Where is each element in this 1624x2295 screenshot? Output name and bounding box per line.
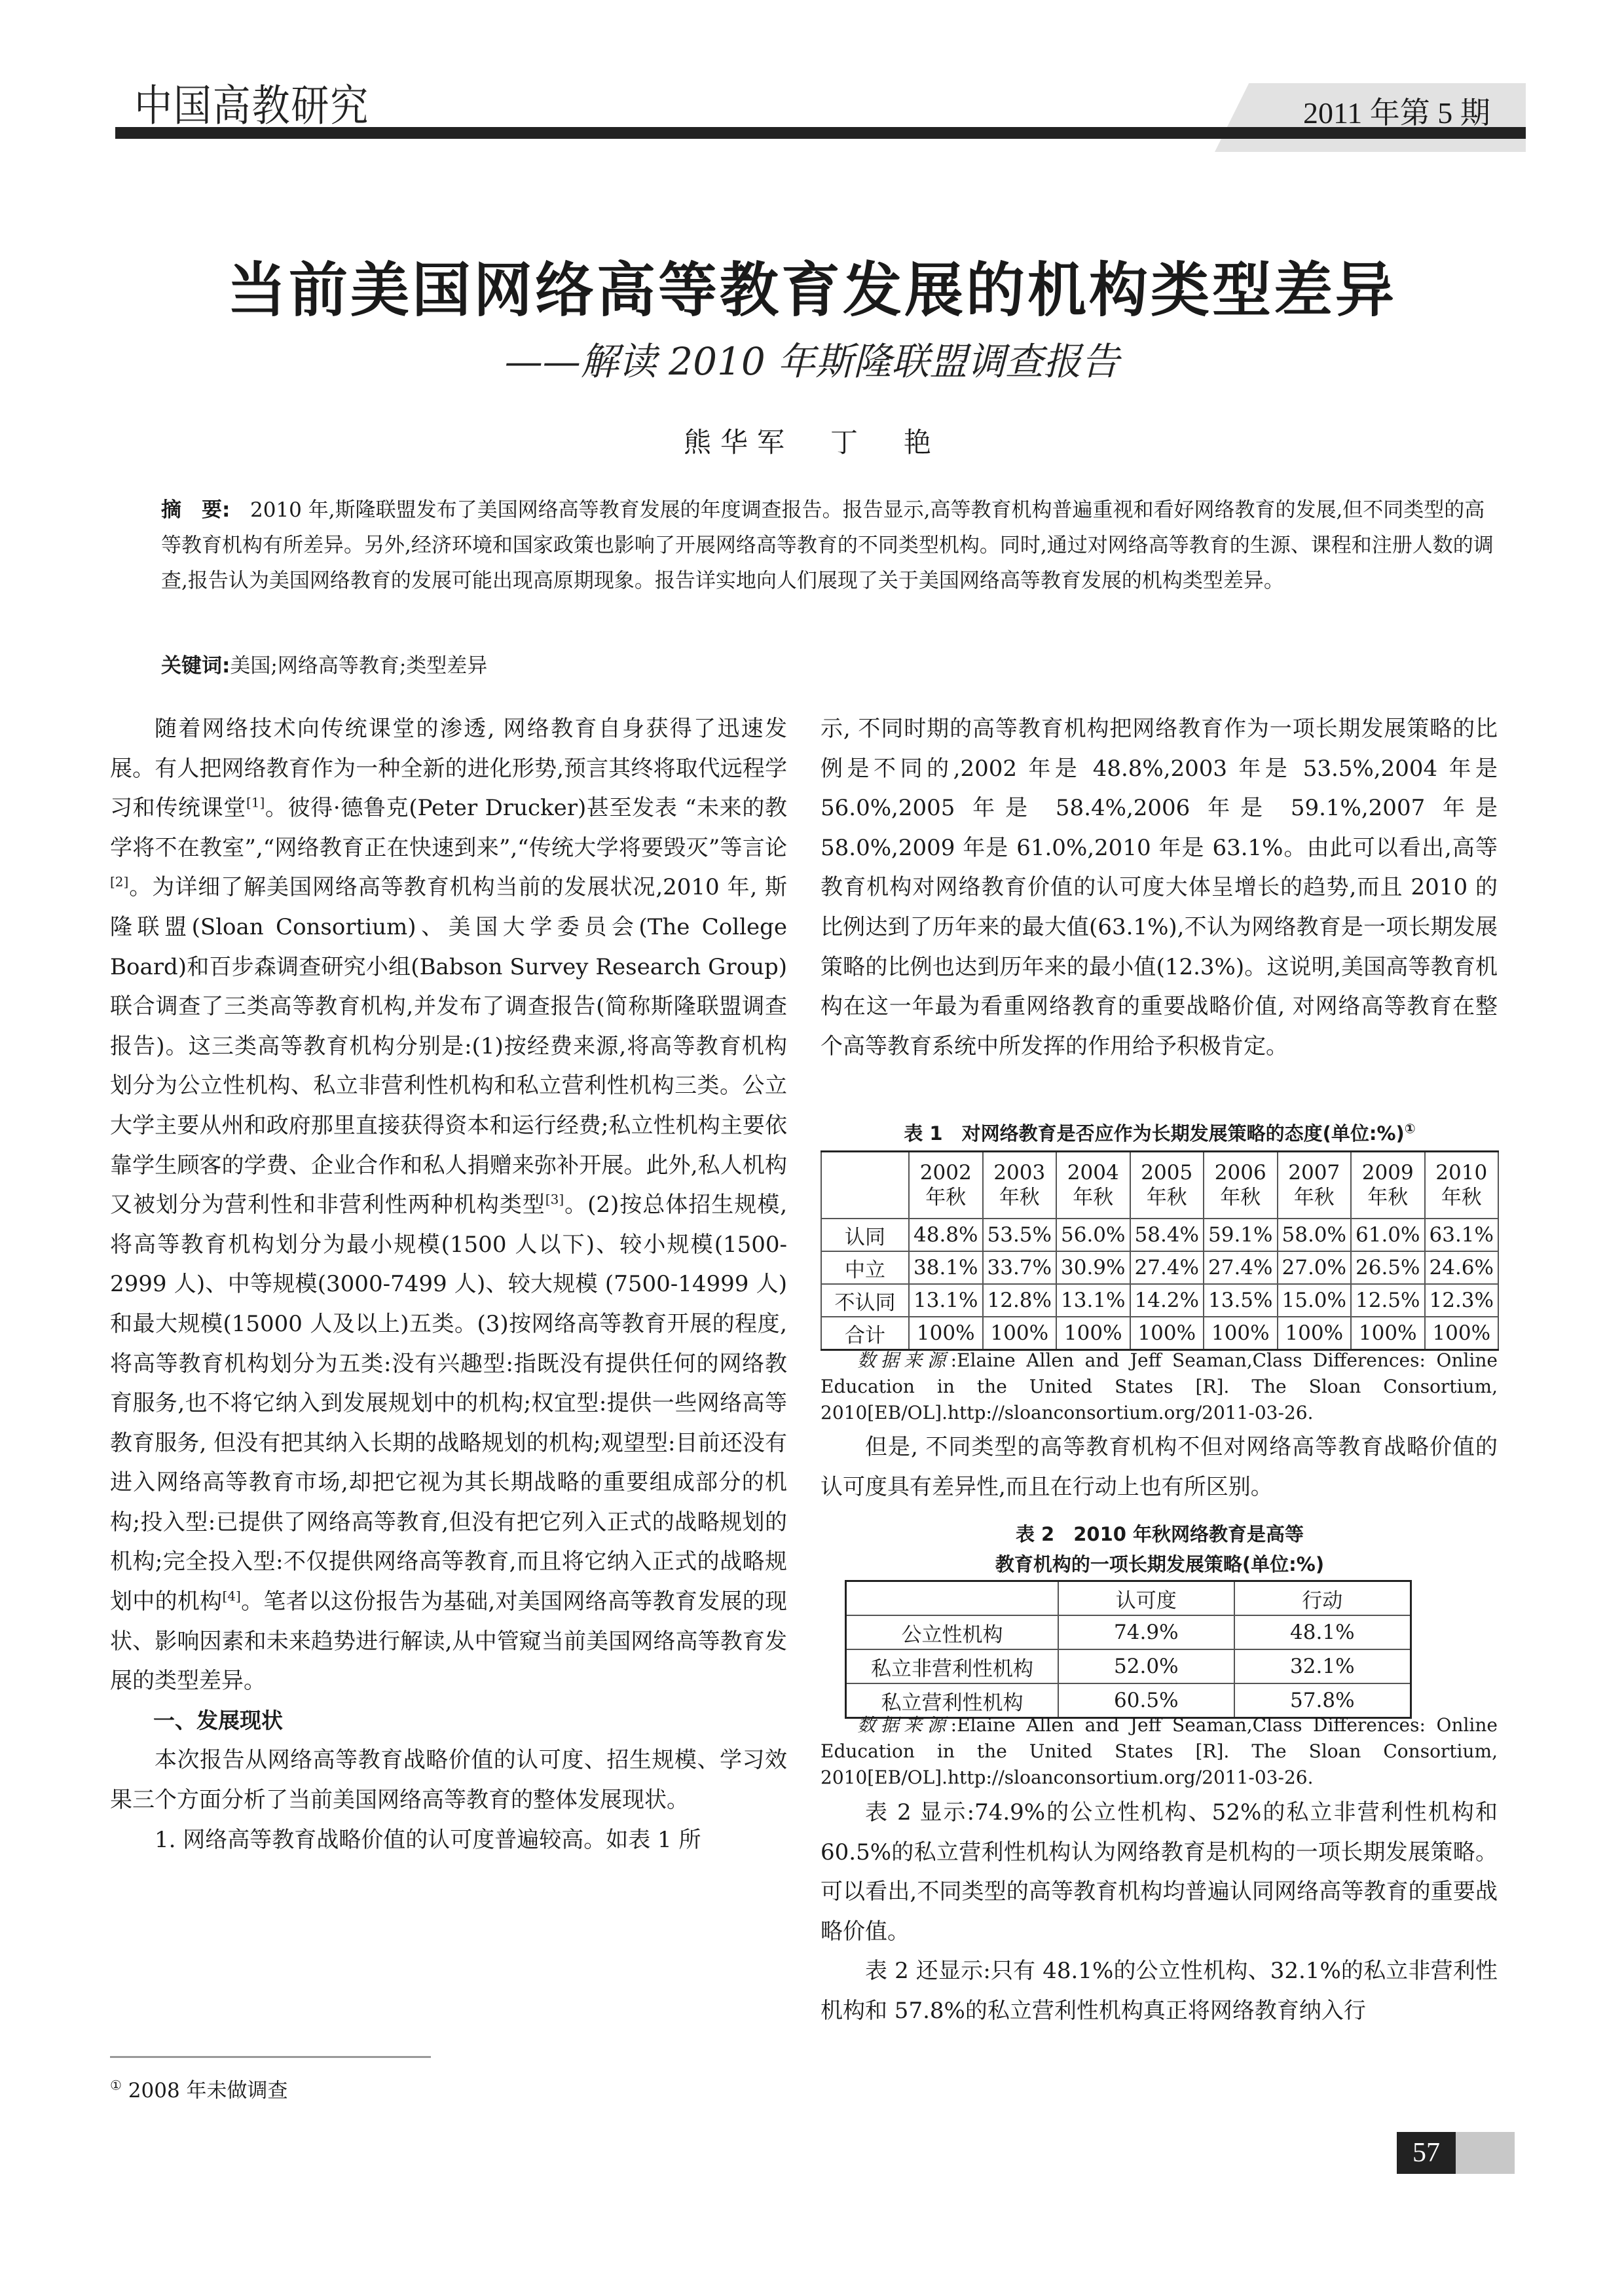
right-column-top: 示, 不同时期的高等教育机构把网络教育作为一项长期发展策略的比例是不同的,200…	[821, 709, 1498, 1066]
source-label: 数据来源	[857, 1714, 951, 1736]
cell: 100%	[1278, 1317, 1352, 1350]
abstract: 摘 要:2010 年,斯隆联盟发布了美国网络高等教育发展的年度调查报告。报告显示…	[161, 492, 1501, 598]
cell: 100%	[983, 1317, 1057, 1350]
cell: 100%	[1056, 1317, 1130, 1350]
footnote-text: 2008 年未做调查	[128, 2079, 288, 2102]
table-row: 合计 100% 100% 100% 100% 100% 100% 100% 10…	[821, 1317, 1498, 1350]
cell: 13.1%	[1056, 1284, 1130, 1317]
table2-caption-line1: 表 2 2010 年秋网络教育是高等	[821, 1519, 1499, 1549]
table1-col-header: 2007年秋	[1278, 1152, 1352, 1219]
table-row: 认同 48.8% 53.5% 56.0% 58.4% 59.1% 58.0% 6…	[821, 1219, 1498, 1251]
cell: 27.4%	[1130, 1251, 1204, 1284]
cell: 12.5%	[1351, 1284, 1425, 1317]
table1-col-header: 2003年秋	[983, 1152, 1057, 1219]
table-row: 不认同 13.1% 12.8% 13.1% 14.2% 13.5% 15.0% …	[821, 1284, 1498, 1317]
section-heading-1: 一、发展现状	[110, 1701, 787, 1741]
cell: 61.0%	[1351, 1219, 1425, 1251]
authors: 熊华军 丁 艳	[0, 421, 1624, 460]
table2-source: 数据来源:Elaine Allen and Jeff Seaman,Class …	[821, 1712, 1498, 1791]
cell: 27.0%	[1278, 1251, 1352, 1284]
right-column-bottom: 表 2 显示:74.9%的公立性机构、52%的私立非营利性机构和 60.5%的私…	[821, 1793, 1498, 2031]
page-number: 57	[1397, 2132, 1456, 2174]
cell: 12.8%	[983, 1284, 1057, 1317]
keywords-body: 美国;网络高等教育;类型差异	[230, 654, 487, 678]
keywords: 关键词:美国;网络高等教育;类型差异	[161, 648, 487, 684]
cell: 100%	[909, 1317, 983, 1350]
table1-col-header: 2009年秋	[1351, 1152, 1425, 1219]
page-number-tab	[1456, 2132, 1515, 2174]
citation-3[interactable]: [3]	[545, 1192, 564, 1207]
table1-col-header: 2006年秋	[1204, 1152, 1278, 1219]
cell: 74.9%	[1058, 1615, 1234, 1649]
footnote-ref[interactable]: ①	[1405, 1120, 1416, 1136]
table2-discussion-1: 表 2 显示:74.9%的公立性机构、52%的私立非营利性机构和 60.5%的私…	[821, 1793, 1498, 1951]
text-run: 。(2)按总体招生规模,将高等教育机构划分为最小规模(1500 人以下)、较小规…	[110, 1192, 787, 1615]
table1-discussion: 示, 不同时期的高等教育机构把网络教育作为一项长期发展策略的比例是不同的,200…	[821, 709, 1498, 1066]
cell: 12.3%	[1425, 1284, 1499, 1317]
cell: 48.1%	[1234, 1615, 1411, 1649]
issue-label: 2011 年第 5 期	[1303, 89, 1490, 132]
cell: 27.4%	[1204, 1251, 1278, 1284]
table1: 2002年秋 2003年秋 2004年秋 2005年秋 2006年秋 2007年…	[821, 1150, 1499, 1351]
table2-header-row: 认可度 行动	[846, 1581, 1411, 1616]
cell: 58.0%	[1278, 1219, 1352, 1251]
row-label: 公立性机构	[846, 1615, 1059, 1649]
table1-col-header: 2010年秋	[1425, 1152, 1499, 1219]
cell: 26.5%	[1351, 1251, 1425, 1284]
cell: 59.1%	[1204, 1219, 1278, 1251]
table-row: 公立性机构 74.9% 48.1%	[846, 1615, 1411, 1649]
intro-paragraph: 随着网络技术向传统课堂的渗透, 网络教育自身获得了迅速发展。有人把网络教育作为一…	[110, 709, 787, 1701]
table1-col-header: 2005年秋	[1130, 1152, 1204, 1219]
footnote: ① 2008 年未做调查	[110, 2074, 288, 2103]
table1-source: 数据来源:Elaine Allen and Jeff Seaman,Class …	[821, 1348, 1498, 1426]
table2-corner	[846, 1581, 1059, 1616]
footnote-rule	[110, 2056, 431, 2058]
table1-col-header: 2004年秋	[1056, 1152, 1130, 1219]
table2-caption-line2: 教育机构的一项长期发展策略(单位:%)	[821, 1549, 1499, 1579]
table2-intro: 但是, 不同类型的高等教育机构不但对网络高等教育战略价值的认可度具有差异性,而且…	[821, 1427, 1498, 1507]
table2: 认可度 行动 公立性机构 74.9% 48.1% 私立非营利性机构 52.0% …	[845, 1580, 1412, 1719]
subsection1-paragraph: 1. 网络高等教育战略价值的认可度普遍较高。如表 1 所	[110, 1820, 787, 1860]
cell: 100%	[1425, 1317, 1499, 1350]
row-label: 不认同	[821, 1284, 909, 1317]
article-subtitle: ——解读 2010 年斯隆联盟调查报告	[0, 331, 1624, 386]
cell: 30.9%	[1056, 1251, 1130, 1284]
cell: 52.0%	[1058, 1649, 1234, 1683]
cell: 38.1%	[909, 1251, 983, 1284]
cell: 24.6%	[1425, 1251, 1499, 1284]
citation-4[interactable]: [4]	[222, 1588, 240, 1604]
table2-discussion-2: 表 2 还显示:只有 48.1%的公立性机构、32.1%的私立非营利性机构和 5…	[821, 1951, 1498, 2030]
cell: 100%	[1130, 1317, 1204, 1350]
text-run: 。为详细了解美国网络高等教育机构当前的发展状况,2010 年, 斯隆联盟(Slo…	[110, 874, 787, 1218]
cell: 53.5%	[983, 1219, 1057, 1251]
table1-col-header: 2002年秋	[909, 1152, 983, 1219]
left-column: 随着网络技术向传统课堂的渗透, 网络教育自身获得了迅速发展。有人把网络教育作为一…	[110, 709, 787, 1860]
abstract-body: 2010 年,斯隆联盟发布了美国网络高等教育发展的年度调查报告。报告显示,高等教…	[161, 498, 1494, 593]
cell: 15.0%	[1278, 1284, 1352, 1317]
cell: 56.0%	[1056, 1219, 1130, 1251]
table2-col-header: 认可度	[1058, 1581, 1234, 1616]
table1-caption: 表 1 对网络教育是否应作为长期发展策略的态度(单位:%)①	[821, 1118, 1499, 1148]
article-title: 当前美国网络高等教育发展的机构类型差异	[0, 242, 1624, 327]
cell: 100%	[1351, 1317, 1425, 1350]
table1-header-row: 2002年秋 2003年秋 2004年秋 2005年秋 2006年秋 2007年…	[821, 1152, 1498, 1219]
cell: 33.7%	[983, 1251, 1057, 1284]
journal-name: 中国高教研究	[134, 71, 369, 133]
cell: 63.1%	[1425, 1219, 1499, 1251]
row-label: 认同	[821, 1219, 909, 1251]
cell: 48.8%	[909, 1219, 983, 1251]
cell: 14.2%	[1130, 1284, 1204, 1317]
source-label: 数据来源	[857, 1349, 951, 1371]
table-row: 中立 38.1% 33.7% 30.9% 27.4% 27.4% 27.0% 2…	[821, 1251, 1498, 1284]
row-label: 私立非营利性机构	[846, 1649, 1059, 1683]
keywords-label: 关键词:	[161, 654, 230, 678]
cell: 13.1%	[909, 1284, 983, 1317]
header-rule	[115, 127, 1526, 139]
footnote-mark: ①	[110, 2078, 122, 2093]
table2-caption: 表 2 2010 年秋网络教育是高等 教育机构的一项长期发展策略(单位:%)	[821, 1519, 1499, 1579]
cell: 32.1%	[1234, 1649, 1411, 1683]
table2-col-header: 行动	[1234, 1581, 1411, 1616]
citation-1[interactable]: [1]	[246, 795, 265, 811]
section1-paragraph: 本次报告从网络高等教育战略价值的认可度、招生规模、学习效果三个方面分析了当前美国…	[110, 1740, 787, 1820]
citation-2[interactable]: [2]	[110, 874, 128, 890]
row-label: 合计	[821, 1317, 909, 1350]
table1-caption-text: 表 1 对网络教育是否应作为长期发展策略的态度(单位:%)	[904, 1122, 1404, 1145]
cell: 58.4%	[1130, 1219, 1204, 1251]
table1-corner	[821, 1152, 909, 1219]
table2-intro-paragraph: 但是, 不同类型的高等教育机构不但对网络高等教育战略价值的认可度具有差异性,而且…	[821, 1427, 1498, 1507]
abstract-label: 摘 要:	[161, 492, 250, 528]
table-row: 私立非营利性机构 52.0% 32.1%	[846, 1649, 1411, 1683]
cell: 100%	[1204, 1317, 1278, 1350]
row-label: 中立	[821, 1251, 909, 1284]
cell: 13.5%	[1204, 1284, 1278, 1317]
